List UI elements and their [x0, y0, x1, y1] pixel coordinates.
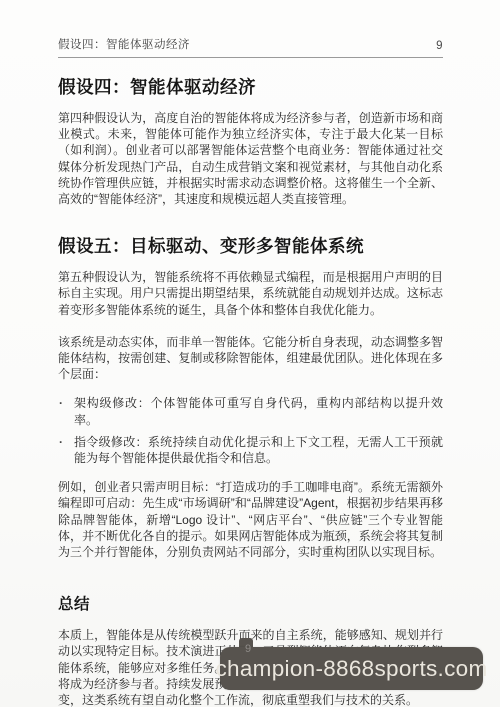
document-page: 假设四：智能体驱动经济 9 假设四：智能体驱动经济 第四种假设认为，高度自治的智… — [0, 0, 500, 707]
evolution-bullet-list: 架构级修改：个体智能体可重写自身代码，重构内部结构以提升效率。 指令级修改：系统… — [58, 395, 443, 466]
running-header: 假设四：智能体驱动经济 9 — [58, 0, 443, 58]
section-heading-summary: 总结 — [58, 596, 442, 614]
bullet-item-architecture-text: 架构级修改：个体智能体可重写自身代码，重构内部结构以提升效率。 — [74, 396, 443, 426]
bullet-item-architecture: 架构级修改：个体智能体可重写自身代码，重构内部结构以提升效率。 — [58, 395, 443, 427]
running-header-page-number: 9 — [436, 40, 443, 52]
bullet-item-instruction-text: 指令级修改：系统持续自动优化提示和上下文工程，无需人工干预就能为每个智能体提供最… — [74, 435, 443, 465]
bullet-dot-icon — [59, 395, 63, 411]
section-heading-agent-economy: 假设四：智能体驱动经济 — [58, 77, 442, 97]
watermark-badge[interactable]: champion-8868sports.com — [220, 647, 483, 690]
section-heading-goal-driven: 假设五：目标驱动、变形多智能体系统 — [58, 236, 442, 256]
bullet-item-instruction: 指令级修改：系统持续自动优化提示和上下文工程，无需人工干预就能为每个智能体提供最… — [58, 434, 443, 466]
footer-page-number: 9 — [245, 643, 251, 655]
running-header-title: 假设四：智能体驱动经济 — [58, 36, 190, 52]
watermark-text: champion-8868sports.com — [215, 656, 487, 682]
paragraph-system-description: 该系统是动态实体，而非单一智能体。它能分析自身表现，动态调整多智能体结构，按需创… — [58, 334, 443, 383]
bullet-dot-icon — [59, 434, 63, 450]
paragraph-example: 例如，创业者只需声明目标：“打造成功的手工咖啡电商”。系统无需额外编程即可启动：… — [58, 479, 443, 560]
paragraph-goal-driven-intro: 第五种假设认为，智能系统将不再依赖显式编程，而是根据用户声明的目标自主实现。用户… — [58, 269, 443, 318]
paragraph-agent-economy: 第四种假设认为，高度自治的智能体将成为经济参与者，创造新市场和商业模式。未来，智… — [58, 110, 443, 207]
